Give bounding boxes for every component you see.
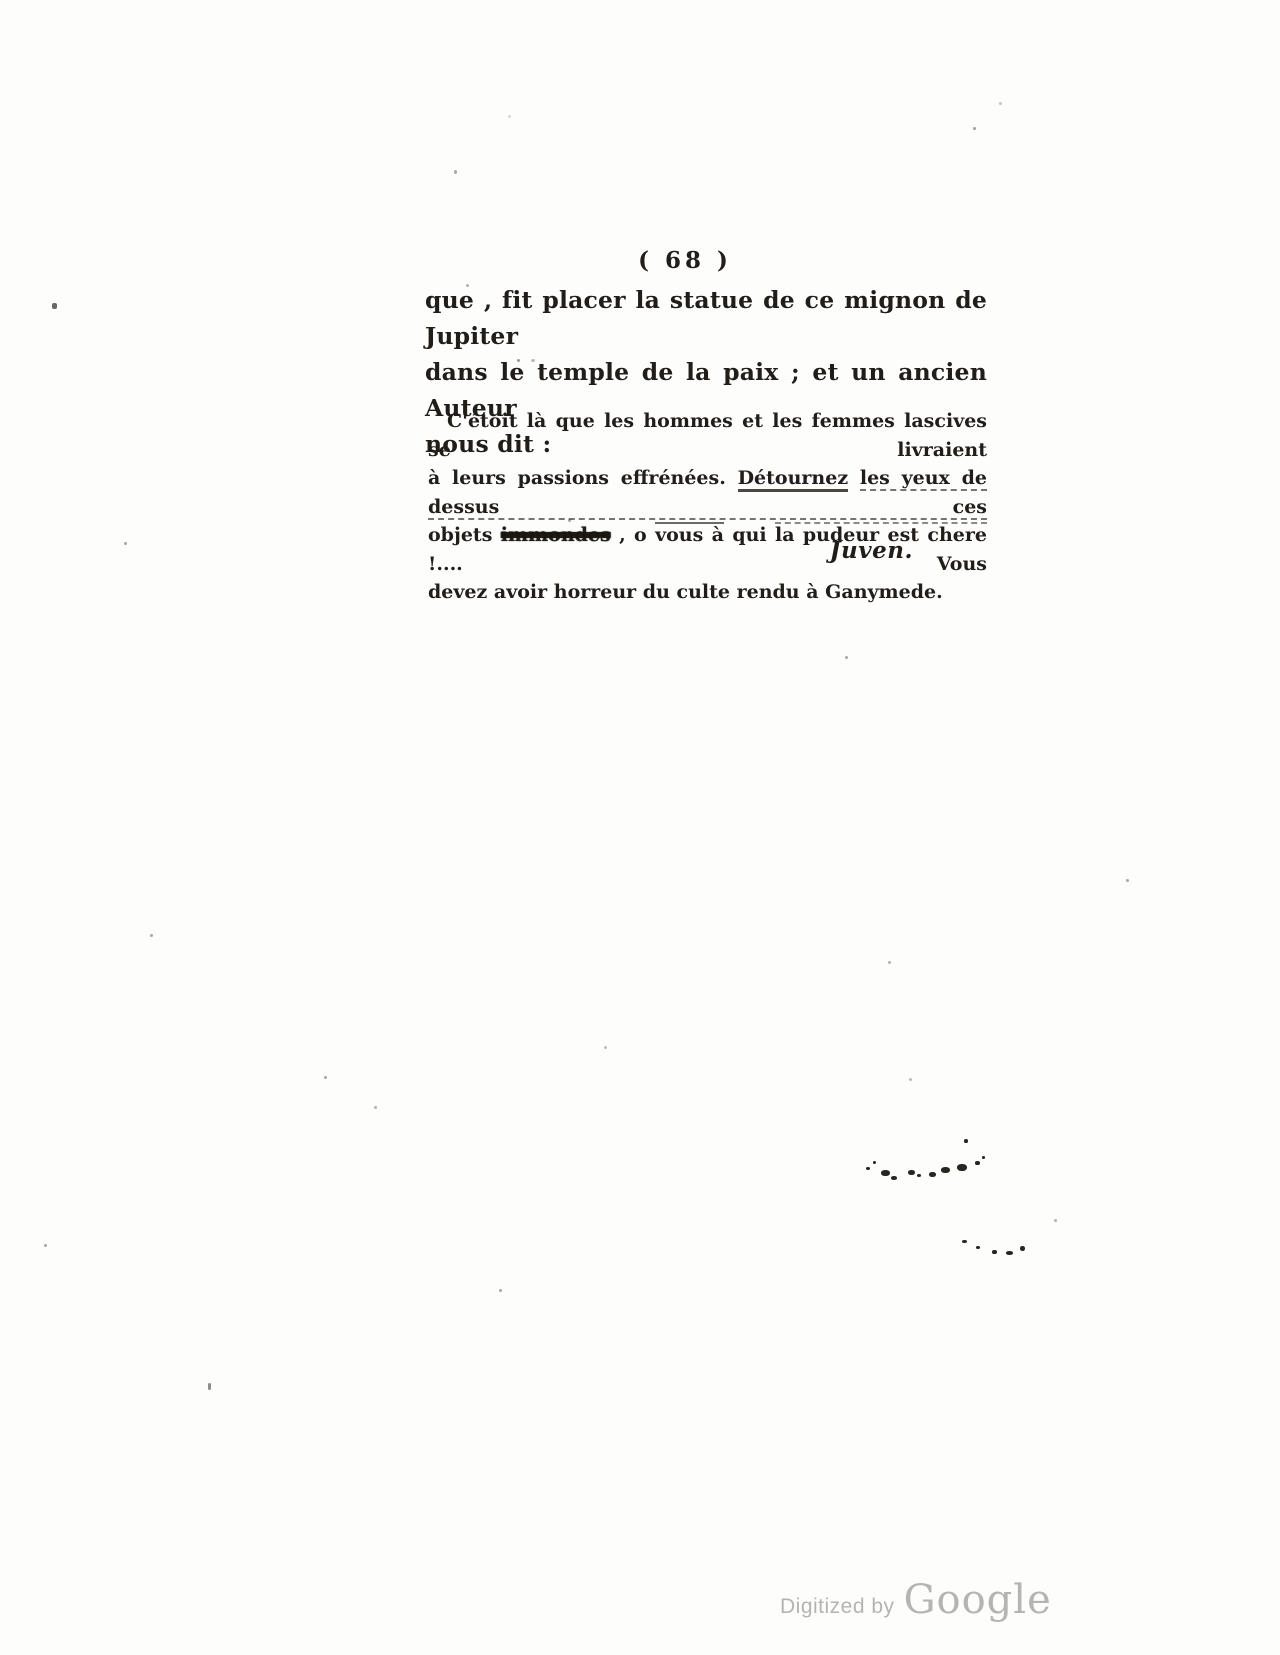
google-logo: Google (904, 1577, 1052, 1623)
scan-speck (888, 961, 891, 964)
scan-speck (324, 1076, 327, 1079)
ink-blot (964, 1139, 968, 1143)
scan-speck (44, 1244, 47, 1247)
ink-blot (881, 1170, 890, 1176)
ink-blot (866, 1167, 870, 1170)
scan-speck (845, 656, 848, 659)
scan-speck (454, 170, 457, 174)
margin-mark (208, 1383, 211, 1390)
scan-speck (517, 359, 520, 362)
scan-speck (604, 1046, 607, 1049)
scan-speck (973, 127, 976, 130)
scan-speck (1126, 879, 1129, 882)
quotation-block: C'étoit là que les hommes et les femmes … (428, 407, 987, 607)
page-number: ( 68 ) (425, 247, 945, 274)
ink-blot (975, 1161, 980, 1165)
quote-line: devez avoir horreur du culte rendu à Gan… (428, 578, 987, 607)
scan-speck (568, 519, 571, 522)
ink-blot (941, 1167, 950, 1173)
scan-speck (466, 284, 469, 287)
margin-mark (52, 303, 57, 309)
quote-line: à leurs passions effrénées. Détournez le… (428, 464, 987, 521)
scan-speck (499, 1289, 502, 1292)
ink-blot (873, 1161, 876, 1164)
scan-speck (124, 542, 127, 545)
ink-blot (992, 1250, 997, 1254)
scan-speck (909, 1078, 912, 1081)
quote-line: C'étoit là que les hommes et les femmes … (428, 407, 987, 464)
ink-blot (976, 1246, 980, 1249)
quote-attribution: Juven. (428, 537, 987, 564)
scan-speck (1054, 1219, 1057, 1222)
scan-speck (150, 934, 153, 937)
ink-blot (908, 1170, 915, 1175)
ink-blot (1020, 1246, 1025, 1251)
google-watermark: Digitized by Google (780, 1577, 1052, 1623)
scan-speck (508, 115, 511, 118)
ink-blot (982, 1156, 985, 1159)
scan-speck (374, 1106, 377, 1109)
ink-blot (962, 1240, 967, 1243)
scan-speck (999, 102, 1002, 105)
ink-blot (957, 1164, 967, 1171)
digitized-by-text: Digitized by (780, 1595, 895, 1619)
ink-blot (1006, 1251, 1013, 1255)
ink-blot (891, 1176, 897, 1180)
scan-speck (531, 359, 535, 362)
paragraph-line: que , fit placer la statue de ce mignon … (425, 282, 987, 354)
quote-text (848, 467, 860, 489)
ink-blot (917, 1174, 921, 1177)
quote-text: à leurs passions effrénées. (428, 467, 738, 489)
underlined-annotation: Détournez (738, 467, 849, 492)
scanned-book-page: ( 68 ) que , fit placer la statue de ce … (0, 0, 1280, 1655)
ink-blot (929, 1172, 936, 1177)
